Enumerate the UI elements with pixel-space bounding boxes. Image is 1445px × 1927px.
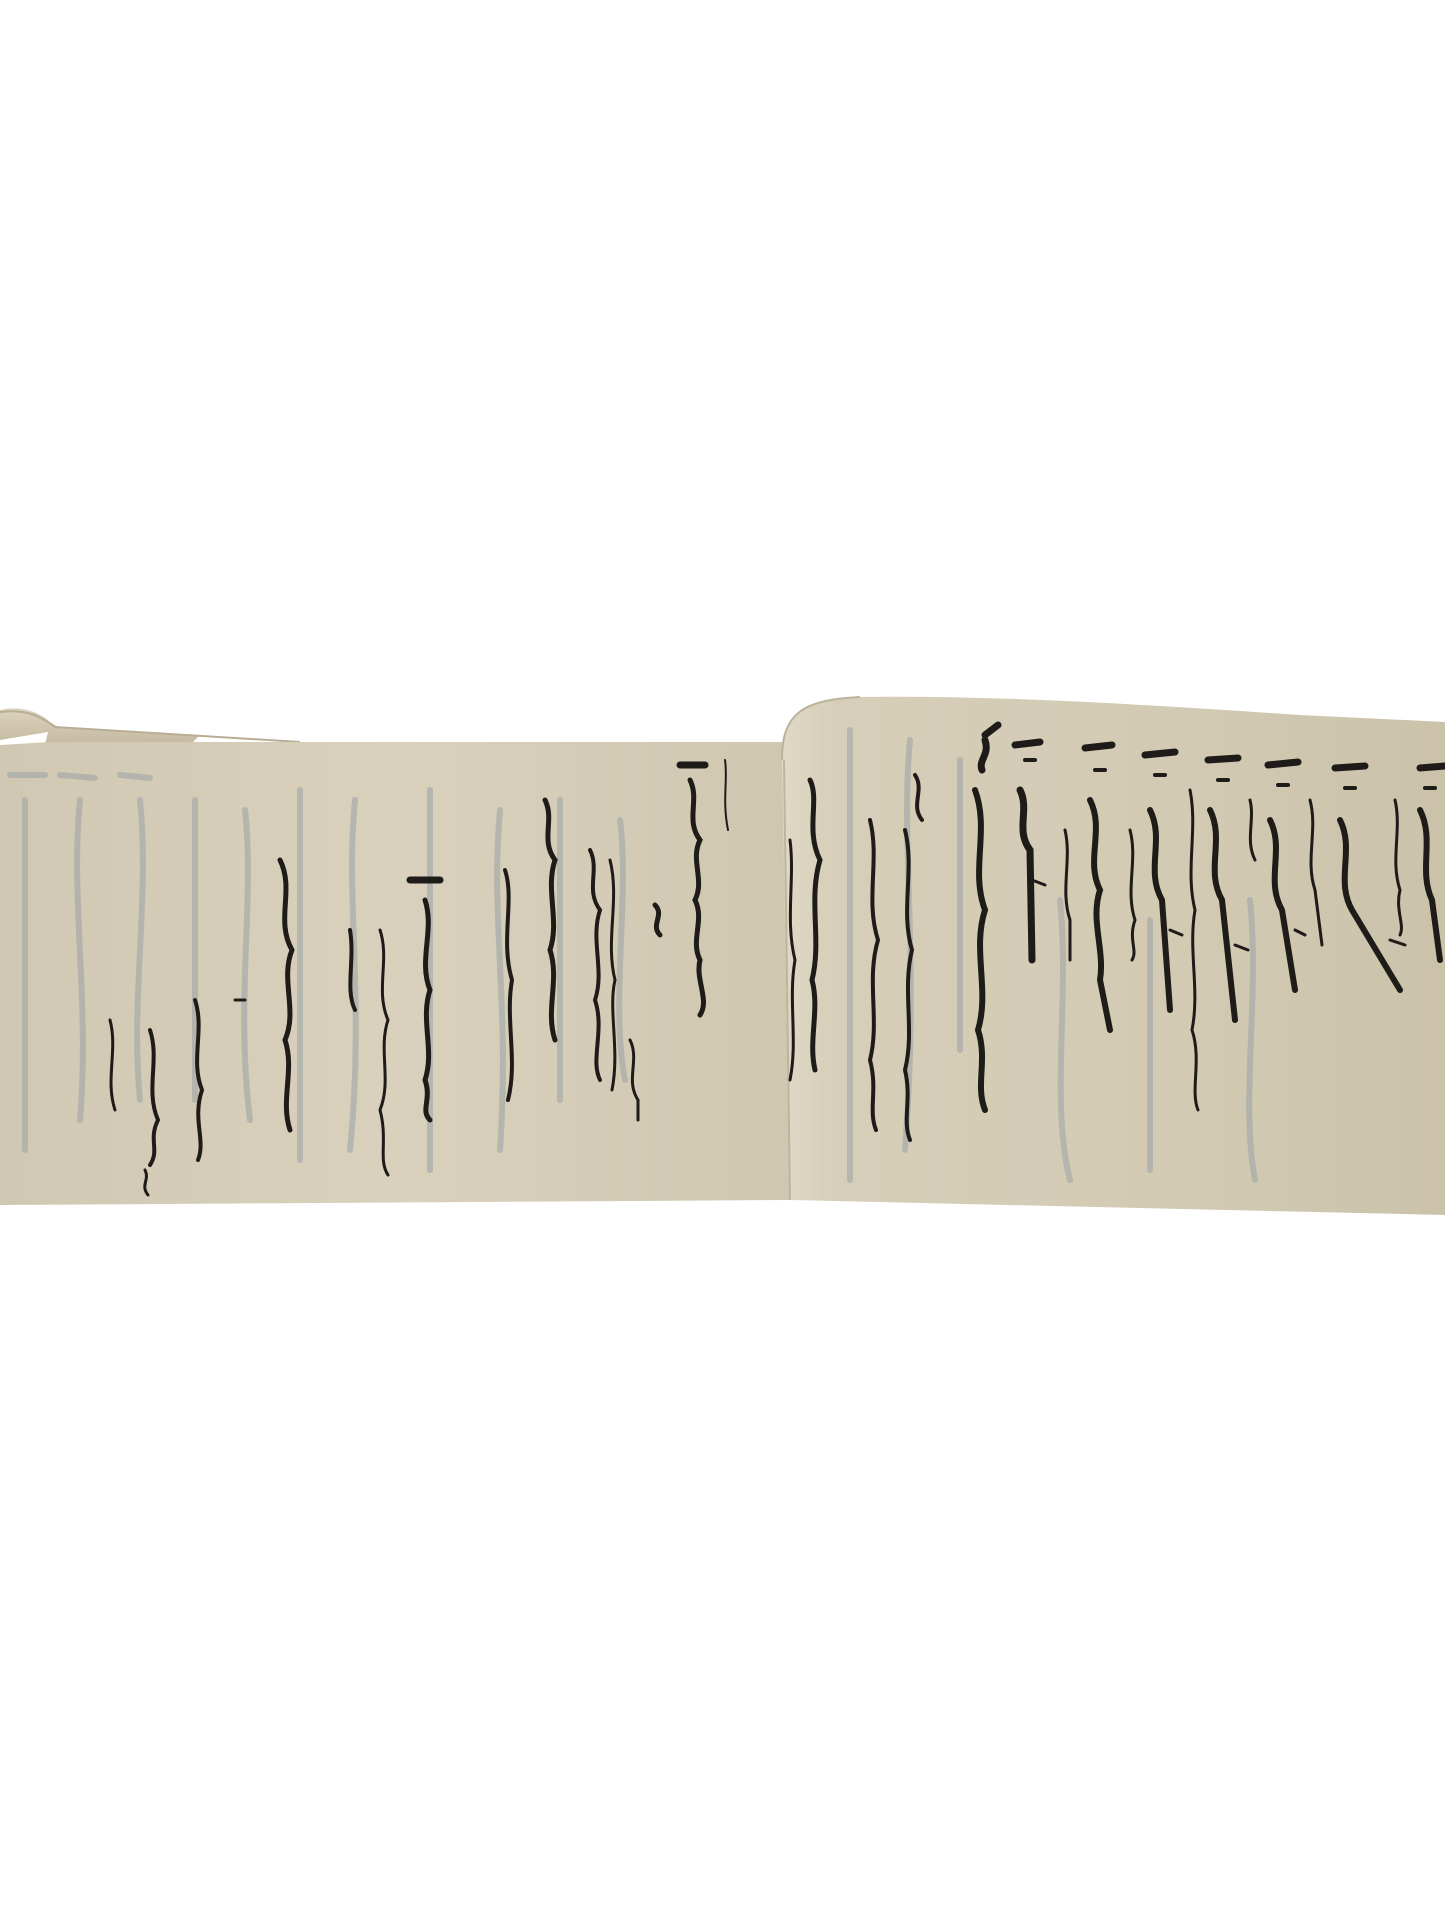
scroll-photo: [0, 0, 1445, 1927]
paper-right-panel: [782, 697, 1445, 1215]
paper-left-panel: [0, 742, 790, 1205]
photo-stage: [0, 0, 1445, 1927]
scroll-roll-edge: [0, 708, 300, 745]
